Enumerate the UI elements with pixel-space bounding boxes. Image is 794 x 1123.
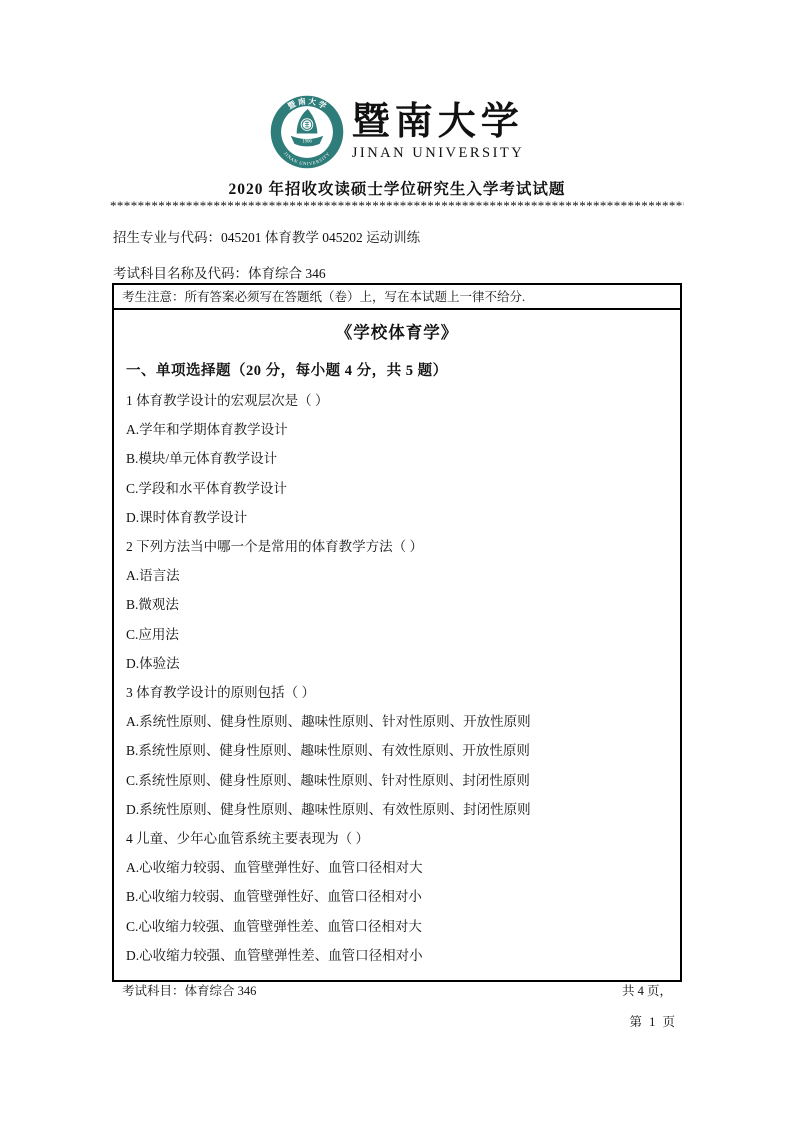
option-line: C.心收缩力较强、血管壁弹性差、血管口径相对大 bbox=[126, 912, 668, 941]
question-line: 4 儿童、少年心血管系统主要表现为（ ） bbox=[126, 824, 668, 853]
option-line: C.系统性原则、健身性原则、趣味性原则、针对性原则、封闭性原则 bbox=[126, 766, 668, 795]
subject-code-line: 考试科目名称及代码：体育综合 346 bbox=[113, 262, 326, 282]
option-line: A.心收缩力较弱、血管壁弹性好、血管口径相对大 bbox=[126, 853, 668, 882]
question-line: 3 体育教学设计的原则包括（ ） bbox=[126, 678, 668, 707]
asterisk-divider: ****************************************… bbox=[110, 200, 684, 212]
section-heading: 一、单项选择题（20 分，每小题 4 分，共 5 题） bbox=[126, 356, 668, 386]
exam-title: 2020 年招收攻读硕士学位研究生入学考试试题 bbox=[0, 177, 794, 199]
exam-content: 《学校体育学》 一、单项选择题（20 分，每小题 4 分，共 5 题） 1 体育… bbox=[114, 310, 680, 980]
page-header: 暨 南 大 学 JINAN UNIVERSITY 1906 暨南大学 JINAN… bbox=[0, 94, 794, 212]
university-seal-icon: 暨 南 大 学 JINAN UNIVERSITY 1906 bbox=[270, 95, 344, 169]
option-line: A.学年和学期体育教学设计 bbox=[126, 415, 668, 444]
university-wordmark: 暨南大学 JINAN UNIVERSITY bbox=[352, 102, 525, 163]
course-title: 《学校体育学》 bbox=[126, 317, 668, 349]
university-name-en: JINAN UNIVERSITY bbox=[352, 145, 525, 162]
candidate-notice: 考生注意：所有答案必须写在答题纸（卷）上，写在本试题上一律不给分. bbox=[114, 285, 680, 310]
question-line: 2 下列方法当中哪一个是常用的体育教学方法（ ） bbox=[126, 532, 668, 561]
option-line: B.微观法 bbox=[126, 590, 668, 619]
major-code-line: 招生专业与代码：045201 体育教学 045202 运动训练 bbox=[113, 226, 420, 246]
option-line: A.系统性原则、健身性原则、趣味性原则、针对性原则、开放性原则 bbox=[126, 707, 668, 736]
option-line: D.系统性原则、健身性原则、趣味性原则、有效性原则、封闭性原则 bbox=[126, 795, 668, 824]
option-line: C.学段和水平体育教学设计 bbox=[126, 474, 668, 503]
footer-total-pages: 共 4 页， bbox=[622, 981, 672, 999]
option-line: B.系统性原则、健身性原则、趣味性原则、有效性原则、开放性原则 bbox=[126, 736, 668, 765]
option-line: B.模块/单元体育教学设计 bbox=[126, 444, 668, 473]
question-line: 1 体育教学设计的宏观层次是（ ） bbox=[126, 386, 668, 415]
exam-body-table: 考生注意：所有答案必须写在答题纸（卷）上，写在本试题上一律不给分. 《学校体育学… bbox=[112, 283, 682, 982]
option-line: B.心收缩力较弱、血管壁弹性好、血管口径相对小 bbox=[126, 882, 668, 911]
option-line: C.应用法 bbox=[126, 620, 668, 649]
footer-subject: 考试科目：体育综合 346 bbox=[122, 981, 256, 999]
option-line: D.体验法 bbox=[126, 649, 668, 678]
footer-page-number: 第 1 页 bbox=[629, 1012, 677, 1030]
seal-year: 1906 bbox=[302, 140, 312, 145]
option-line: D.课时体育教学设计 bbox=[126, 503, 668, 532]
university-name-cn: 暨南大学 bbox=[352, 102, 525, 144]
option-line: D.心收缩力较强、血管壁弹性差、血管口径相对小 bbox=[126, 941, 668, 970]
exam-paper-page: 暨 南 大 学 JINAN UNIVERSITY 1906 暨南大学 JINAN… bbox=[0, 0, 794, 1123]
option-line: A.语言法 bbox=[126, 561, 668, 590]
university-logo: 暨 南 大 学 JINAN UNIVERSITY 1906 暨南大学 JINAN… bbox=[0, 94, 794, 170]
